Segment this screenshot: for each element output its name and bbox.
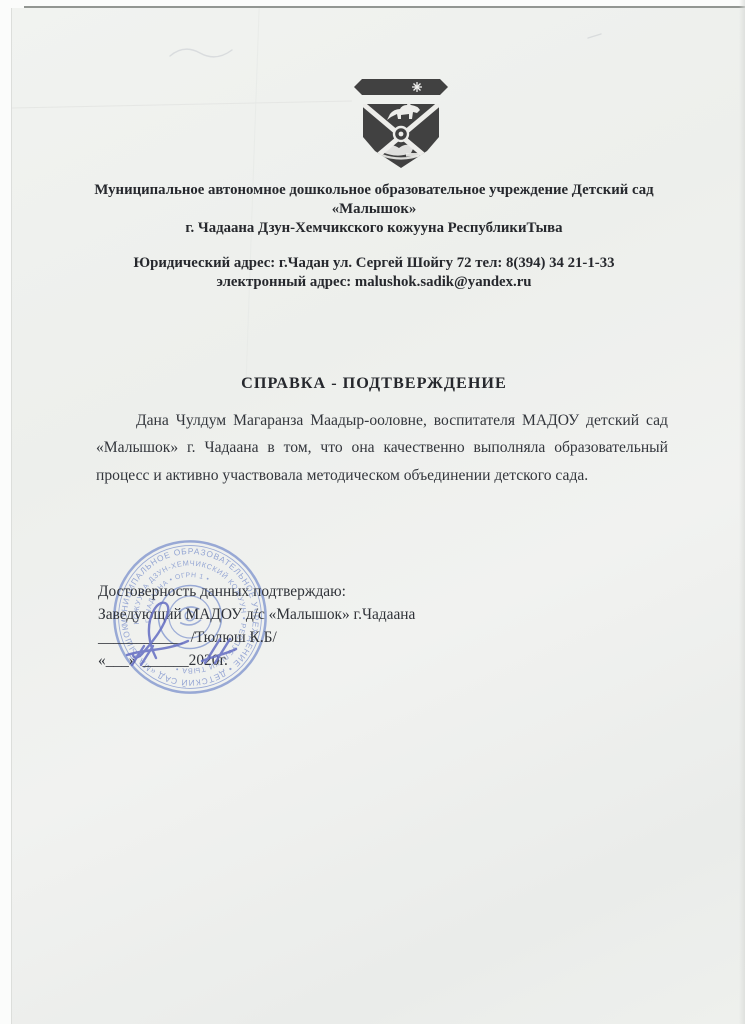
pencil-mark bbox=[170, 49, 232, 57]
body-paragraph: Дана Чулдум Магаранза Маадыр-ооловне, во… bbox=[96, 407, 668, 489]
email-address-line: электронный адрес: malushok.sadik@yandex… bbox=[59, 273, 689, 292]
org-name-line2: «Малышок» bbox=[59, 200, 689, 219]
snowflake-icon bbox=[412, 82, 422, 92]
scanned-page: Муниципальное автономное дошкольное обра… bbox=[0, 0, 745, 1024]
org-header: Муниципальное автономное дошкольное обра… bbox=[59, 181, 689, 237]
scan-edge-shadow bbox=[739, 0, 745, 1024]
signature-blank: ___________ bbox=[98, 629, 183, 646]
date-year: 2020г. bbox=[189, 652, 228, 669]
paper-sheet: Муниципальное автономное дошкольное обра… bbox=[11, 8, 745, 1024]
org-name-line1: Муниципальное автономное дошкольное обра… bbox=[59, 181, 689, 200]
pencil-mark bbox=[588, 34, 601, 38]
coat-of-arms-icon bbox=[351, 74, 451, 176]
address-block: Юридический адрес: г.Чадан ул. Сергей Шо… bbox=[59, 254, 689, 292]
date-month-blank: ______ bbox=[142, 652, 188, 669]
signature-line: ___________/Тюлюш К.Б/ bbox=[98, 626, 415, 649]
signature-block: Достоверность данных подтверждаю: Заведу… bbox=[98, 580, 415, 672]
scan-edge-artifact bbox=[24, 6, 745, 8]
confirmation-line: Достоверность данных подтверждаю: bbox=[98, 580, 415, 603]
signer-name: /Тюлюш К.Б/ bbox=[191, 629, 277, 646]
org-location-line: г. Чадаана Дзун-Хемчикского кожууна Респ… bbox=[59, 219, 689, 238]
position-line: Заведующий МАДОУ д/с «Малышок» г.Чадаана bbox=[98, 603, 415, 626]
document-title: СПРАВКА - ПОДТВЕРЖДЕНИЕ bbox=[59, 374, 689, 393]
legal-address-line: Юридический адрес: г.Чадан ул. Сергей Шо… bbox=[59, 254, 689, 273]
paper-crease bbox=[12, 100, 352, 108]
date-day-blank: «___» bbox=[98, 652, 136, 669]
date-line: «___»______2020г. bbox=[98, 649, 415, 672]
